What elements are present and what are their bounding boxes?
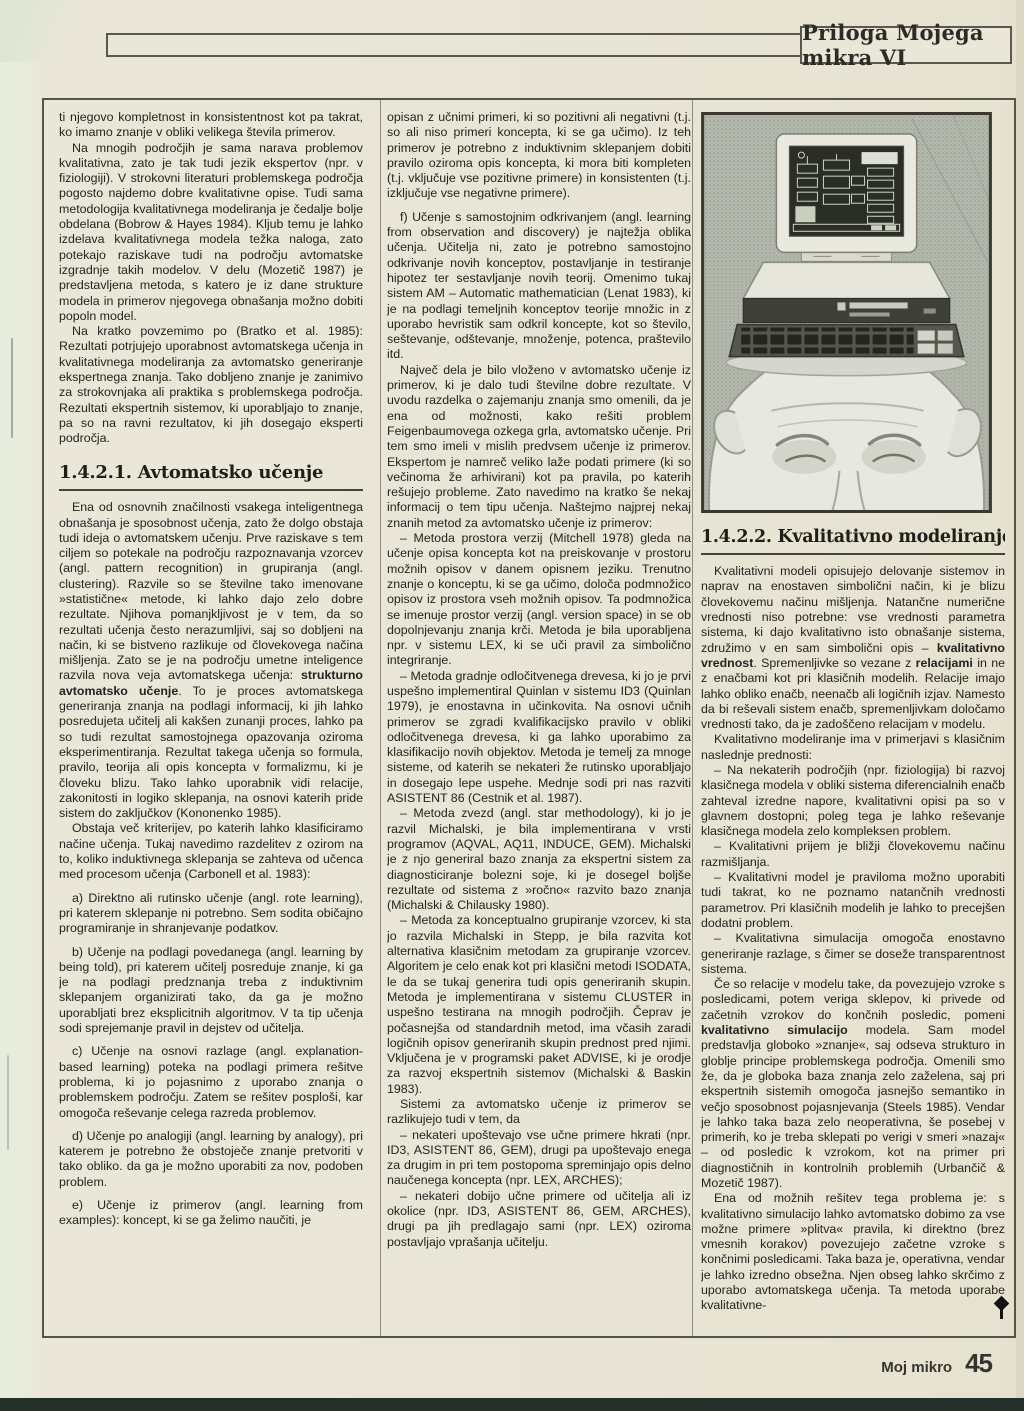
list-item: – Kvalitativna simulacija omogoča enosta… — [701, 931, 1005, 977]
text-run: modela. Sam model predstavlja globoko »z… — [701, 1023, 1005, 1190]
list-item: d) Učenje po analogiji (angl. learning b… — [59, 1129, 363, 1190]
paragraph: Ena od osnovnih značilnosti vsakega inte… — [59, 500, 363, 821]
section-heading-qualitative-modeling: 1.4.2.2. Kvalitativno modeliranje — [701, 527, 1005, 555]
list-item: – nekateri upoštevajo vse učne primere h… — [387, 1128, 691, 1189]
text-run: Če so relacije v modelu take, da povezuj… — [701, 977, 1005, 1022]
list-item: e) Učenje iz primerov (angl. learning fr… — [59, 1198, 363, 1229]
magazine-page: Priloga Mojega mikra VI ti njegovo kompl… — [0, 0, 1024, 1411]
list-item: b) Učenje na podlagi povedanega (angl. l… — [59, 945, 363, 1037]
list-item: a) Direktno ali rutinsko učenje (angl. r… — [59, 891, 363, 937]
continuation-arrow-icon — [994, 1298, 1008, 1324]
list-item: c) Učenje na osnovi razlage (angl. expla… — [59, 1044, 363, 1120]
photo-monitor — [776, 134, 916, 261]
scan-corner-shade — [0, 0, 110, 62]
photo-keyboard — [729, 325, 964, 357]
page-number: 45 — [965, 1348, 992, 1379]
bold-term: relacijami — [916, 656, 973, 670]
text-run: . Spremenljivke so vezane z — [753, 656, 915, 670]
column-2: opisan z učnimi primeri, ki so pozitivni… — [387, 110, 691, 1324]
photo-computer-on-head — [701, 112, 992, 513]
paragraph: Če so relacije v modelu take, da povezuj… — [701, 977, 1005, 1191]
page-footer: Moj mikro 45 — [881, 1348, 992, 1379]
list-item: – nekateri dobijo učne primere od učitel… — [387, 1189, 691, 1250]
paragraph: Na kratko povzemimo po (Bratko et al. 19… — [59, 324, 363, 446]
section-heading-automatic-learning: 1.4.2.1. Avtomatsko učenje — [59, 463, 363, 492]
content-frame: ti njegovo kompletnost in konsistentnost… — [42, 98, 1016, 1338]
scan-bottom-band — [0, 1398, 1024, 1411]
page-header-box: Priloga Mojega mikra VI — [800, 26, 1012, 64]
scan-scratch-mark — [7, 1055, 9, 1150]
arrow-head — [993, 1296, 1009, 1312]
paragraph: Na mnogih področjih je sama narava probl… — [59, 141, 363, 325]
text-run: Ena od osnovnih značilnosti vsakega inte… — [59, 500, 363, 682]
paragraph: Kvalitativni modeli opisujejo delovanje … — [701, 564, 1005, 732]
scan-scratch-mark — [11, 338, 13, 438]
paragraph: Največ dela je bilo vloženo v avtomatsko… — [387, 363, 691, 531]
column-separator — [692, 100, 693, 1336]
list-item: – Na nekaterih področjih (npr. fiziologi… — [701, 763, 1005, 839]
bold-term: kvalitativno simulacijo — [701, 1023, 848, 1037]
list-item: – Metoda gradnje odločitvenega drevesa, … — [387, 669, 691, 807]
header-title: Priloga Mojega mikra VI — [802, 20, 1010, 70]
column-3: 1.4.2.2. Kvalitativno modeliranje Kvalit… — [701, 112, 1005, 1326]
text-run: . To je proces avtomatskega generiranja … — [59, 684, 363, 820]
list-item: f) Učenje s samostojnim odkrivanjem (ang… — [387, 210, 691, 363]
list-item: – Metoda za konceptualno grupiranje vzor… — [387, 913, 691, 1097]
list-item: – Metoda zvezd (angl. star methodology),… — [387, 806, 691, 913]
scan-right-shade — [1016, 0, 1024, 1411]
paragraph: Obstaja več kriterijev, po katerih lahko… — [59, 821, 363, 882]
paragraph: Kvalitativno modeliranje ima v primerjav… — [701, 732, 1005, 763]
column-1: ti njegovo kompletnost in konsistentnost… — [59, 110, 363, 1324]
paragraph: opisan z učnimi primeri, ki so pozitivni… — [387, 110, 691, 202]
paragraph: Ena od možnih rešitev tega problema je: … — [701, 1191, 1005, 1313]
list-item: – Kvalitativni model je praviloma možno … — [701, 870, 1005, 931]
paragraph: Sistemi za avtomatsko učenje iz primerov… — [387, 1097, 691, 1128]
list-item: – Kvalitativni prijem je bližji človekov… — [701, 839, 1005, 870]
list-item: – Metoda prostora verzij (Mitchell 1978)… — [387, 531, 691, 669]
magazine-name: Moj mikro — [881, 1359, 952, 1376]
photo-system-unit — [743, 262, 950, 322]
photo-illustration — [701, 112, 992, 513]
column-separator — [380, 100, 381, 1336]
paragraph: ti njegovo kompletnost in konsistentnost… — [59, 110, 363, 141]
